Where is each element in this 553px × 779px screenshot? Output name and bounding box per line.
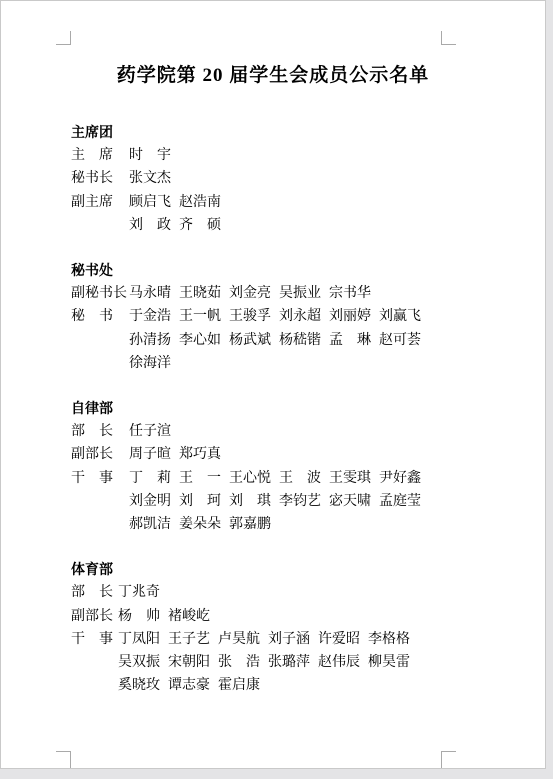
member-name: 马永晴 [129,282,171,305]
name-line: 郝凯洁姜朵朵郭嘉鹏 [129,513,481,536]
name-lines: 马永晴王晓茹刘金亮吴振业宗书华 [129,282,481,305]
member-name: 刘永超 [279,305,321,328]
member-name: 宓天啸 [329,490,371,513]
member-name: 赵伟辰 [318,651,360,674]
role-label: 干 事 [71,467,129,490]
name-line: 刘金明刘 珂刘 琪李钧艺宓天啸孟庭莹 [129,490,481,513]
member-name: 郑巧真 [179,443,221,466]
name-line: 时 宇 [129,144,481,167]
section: 主席团主 席时 宇秘书长张文杰副主席顾启飞赵浩南刘 政齐 硕 [71,121,481,237]
member-name: 卢昊航 [218,628,260,651]
member-name: 吴振业 [279,282,321,305]
document-page: 药学院第 20 届学生会成员公示名单 主席团主 席时 宇秘书长张文杰副主席顾启飞… [0,0,546,769]
name-line: 徐海洋 [129,352,481,375]
role-label: 副部长 [71,605,118,628]
name-line: 周子暄郑巧真 [129,443,481,466]
role-label: 部 长 [71,420,129,443]
member-name: 齐 硕 [179,214,221,237]
name-line: 于金浩王一帆王骏孚刘永超刘丽婷刘赢飞 [129,305,481,328]
member-name: 宋朝阳 [168,651,210,674]
member-name: 张璐萍 [268,651,310,674]
margin-crop-mark-bottom-left [56,751,71,768]
member-name: 赵浩南 [179,191,221,214]
member-name: 刘 政 [129,214,171,237]
entry-row: 部 长丁兆奇 [71,581,481,604]
member-name: 刘金明 [129,490,171,513]
name-line: 吴双振宋朝阳张 浩张璐萍赵伟辰柳昊雷 [118,651,481,674]
member-name: 丁凤阳 [118,628,160,651]
member-name: 王 波 [279,467,321,490]
role-label: 主 席 [71,144,129,167]
entry-row: 副部长周子暄郑巧真 [71,443,481,466]
name-lines: 时 宇 [129,144,481,167]
entry-row: 副主席顾启飞赵浩南刘 政齐 硕 [71,191,481,237]
member-name: 任子渲 [129,420,171,443]
member-name: 奚晓玫 [118,674,160,697]
member-name: 柳昊雷 [368,651,410,674]
name-lines: 杨 帅褚峻屹 [118,605,481,628]
member-name: 刘金亮 [229,282,271,305]
name-lines: 任子渲 [129,420,481,443]
entry-row: 干 事丁凤阳王子艺卢昊航刘子涵许爱昭李格格吴双振宋朝阳张 浩张璐萍赵伟辰柳昊雷奚… [71,628,481,698]
name-line: 刘 政齐 硕 [129,214,481,237]
name-line: 顾启飞赵浩南 [129,191,481,214]
name-lines: 周子暄郑巧真 [129,443,481,466]
section: 秘书处副秘书长马永晴王晓茹刘金亮吴振业宗书华秘 书于金浩王一帆王骏孚刘永超刘丽婷… [71,259,481,375]
member-name: 刘子涵 [268,628,310,651]
entry-row: 秘书长张文杰 [71,167,481,190]
section-heading: 秘书处 [71,259,481,282]
member-name: 王骏孚 [229,305,271,328]
name-lines: 张文杰 [129,167,481,190]
entry-row: 副部长杨 帅褚峻屹 [71,605,481,628]
role-label: 副部长 [71,443,129,466]
entry-row: 干 事丁 莉王 一王心悦王 波王雯琪尹好鑫刘金明刘 珂刘 琪李钧艺宓天啸孟庭莹郝… [71,467,481,537]
member-name: 丁兆奇 [118,581,160,604]
member-name: 刘 琪 [229,490,271,513]
entry-row: 主 席时 宇 [71,144,481,167]
member-name: 吴双振 [118,651,160,674]
section: 自律部部 长任子渲副部长周子暄郑巧真干 事丁 莉王 一王心悦王 波王雯琪尹好鑫刘… [71,397,481,536]
member-name: 赵可荟 [379,329,421,352]
name-line: 奚晓玫谭志豪霍启康 [118,674,481,697]
member-name: 杨 帅 [118,605,160,628]
member-name: 李心如 [179,329,221,352]
member-name: 许爱昭 [318,628,360,651]
member-name: 孙清扬 [129,329,171,352]
member-name: 王 一 [179,467,221,490]
member-name: 郝凯洁 [129,513,171,536]
member-name: 时 宇 [129,144,171,167]
name-line: 马永晴王晓茹刘金亮吴振业宗书华 [129,282,481,305]
name-line: 杨 帅褚峻屹 [118,605,481,628]
name-line: 丁兆奇 [118,581,481,604]
member-name: 刘丽婷 [329,305,371,328]
member-name: 徐海洋 [129,352,171,375]
name-lines: 丁兆奇 [118,581,481,604]
member-name: 王心悦 [229,467,271,490]
member-name: 王晓茹 [179,282,221,305]
role-label: 干 事 [71,628,118,651]
name-line: 孙清扬李心如杨武斌杨嵇锴孟 琳赵可荟 [129,329,481,352]
member-name: 杨嵇锴 [279,329,321,352]
role-label: 秘书长 [71,167,129,190]
name-lines: 于金浩王一帆王骏孚刘永超刘丽婷刘赢飞孙清扬李心如杨武斌杨嵇锴孟 琳赵可荟徐海洋 [129,305,481,375]
member-name: 宗书华 [329,282,371,305]
role-label: 副秘书长 [71,282,129,305]
member-name: 姜朵朵 [179,513,221,536]
member-list: 主席团主 席时 宇秘书长张文杰副主席顾启飞赵浩南刘 政齐 硕秘书处副秘书长马永晴… [71,121,481,697]
member-name: 李格格 [368,628,410,651]
member-name: 丁 莉 [129,467,171,490]
section-heading: 体育部 [71,558,481,581]
name-lines: 丁凤阳王子艺卢昊航刘子涵许爱昭李格格吴双振宋朝阳张 浩张璐萍赵伟辰柳昊雷奚晓玫谭… [118,628,481,698]
member-name: 李钧艺 [279,490,321,513]
member-name: 于金浩 [129,305,171,328]
member-name: 张 浩 [218,651,260,674]
name-lines: 顾启飞赵浩南刘 政齐 硕 [129,191,481,237]
member-name: 周子暄 [129,443,171,466]
margin-crop-mark-top-right [441,31,456,45]
name-line: 任子渲 [129,420,481,443]
member-name: 霍启康 [218,674,260,697]
member-name: 顾启飞 [129,191,171,214]
section-heading: 主席团 [71,121,481,144]
margin-crop-mark-top-left [56,31,71,45]
member-name: 刘 珂 [179,490,221,513]
entry-row: 副秘书长马永晴王晓茹刘金亮吴振业宗书华 [71,282,481,305]
member-name: 杨武斌 [229,329,271,352]
member-name: 王子艺 [168,628,210,651]
name-lines: 丁 莉王 一王心悦王 波王雯琪尹好鑫刘金明刘 珂刘 琪李钧艺宓天啸孟庭莹郝凯洁姜… [129,467,481,537]
margin-crop-mark-bottom-right [441,751,456,768]
member-name: 孟庭莹 [379,490,421,513]
section: 体育部部 长丁兆奇副部长杨 帅褚峻屹干 事丁凤阳王子艺卢昊航刘子涵许爱昭李格格吴… [71,558,481,697]
member-name: 张文杰 [129,167,171,190]
member-name: 孟 琳 [329,329,371,352]
name-line: 丁凤阳王子艺卢昊航刘子涵许爱昭李格格 [118,628,481,651]
role-label: 副主席 [71,191,129,214]
member-name: 尹好鑫 [379,467,421,490]
name-line: 丁 莉王 一王心悦王 波王雯琪尹好鑫 [129,467,481,490]
member-name: 褚峻屹 [168,605,210,628]
member-name: 谭志豪 [168,674,210,697]
section-heading: 自律部 [71,397,481,420]
member-name: 郭嘉鹏 [229,513,271,536]
document-title: 药学院第 20 届学生会成员公示名单 [1,64,545,88]
entry-row: 秘 书于金浩王一帆王骏孚刘永超刘丽婷刘赢飞孙清扬李心如杨武斌杨嵇锴孟 琳赵可荟徐… [71,305,481,375]
member-name: 刘赢飞 [379,305,421,328]
role-label: 秘 书 [71,305,129,328]
member-name: 王一帆 [179,305,221,328]
name-line: 张文杰 [129,167,481,190]
role-label: 部 长 [71,581,118,604]
member-name: 王雯琪 [329,467,371,490]
entry-row: 部 长任子渲 [71,420,481,443]
